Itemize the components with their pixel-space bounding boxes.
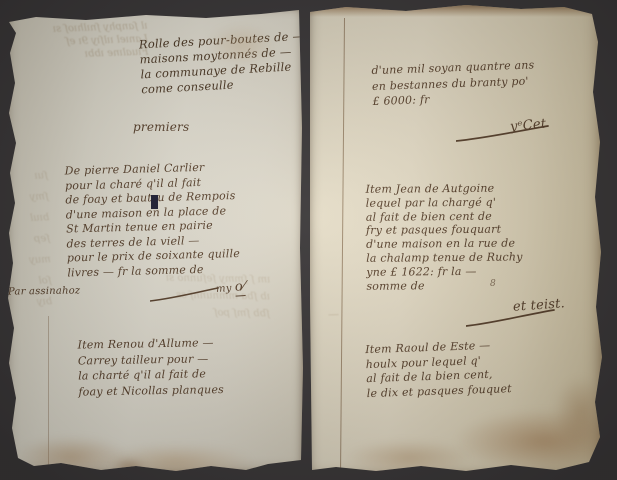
- entry-block-2: Item Renou d'Allume — Carrey tailleur po…: [77, 334, 253, 399]
- stain: [112, 458, 146, 476]
- showthrough-line: muy: [6, 249, 51, 272]
- entry-block-top: d'une mil soyan quantre ans en bestannes…: [371, 57, 548, 110]
- showthrough-line: ſbb ſmſ poſ: [100, 303, 270, 323]
- manuscript-line: foay et Nicollas planques: [78, 381, 253, 400]
- showthrough-line: ſuı: [3, 165, 48, 188]
- margin-amount-value: o⁄: [234, 279, 246, 297]
- margin-rule: [340, 18, 345, 470]
- entry-block-1: De pierre Daniel Carlier pour la charé q…: [65, 160, 258, 281]
- entry-block-bottom: Item Raoul de Este — houlx pour lequel q…: [365, 337, 547, 401]
- stain: [554, 377, 609, 447]
- showthrough-line: bıul: [5, 207, 50, 230]
- manuscript-photo: ıl ſanphy ſnılhıoſ sı Lanıel ıılſıy 9ı e…: [0, 0, 617, 480]
- manuscript-line: somme de: [366, 278, 551, 293]
- margin-amount-prefix: my: [216, 283, 232, 295]
- margin-amount: my o⁄: [216, 279, 246, 296]
- somme-mark: 8: [490, 279, 496, 289]
- right-page: d'une mil soyan quantre ans en bestannes…: [306, 2, 606, 478]
- section-heading: premiers: [133, 120, 189, 134]
- amount-note-2: et teist.: [513, 296, 566, 315]
- browned-page-edge: [306, 2, 606, 17]
- left-page: ıl ſanphy ſnılhıoſ sı Lanıel ıılſıy 9ı e…: [6, 8, 304, 474]
- showthrough-mark: —: [328, 308, 339, 321]
- showthrough-text-top: ıl ſanphy ſnılhıoſ sı Lanıel ıılſıy 9ı e…: [9, 20, 148, 64]
- showthrough-line: ſmy: [4, 186, 49, 209]
- margin-note: Par assinahoz: [8, 285, 81, 297]
- scan-artifact: [151, 195, 158, 209]
- showthrough-line: ſep: [6, 228, 51, 251]
- amount-note-1: yᵉCet: [509, 116, 546, 134]
- stain: [346, 440, 471, 476]
- flourish-line: [150, 284, 220, 304]
- stain: [206, 24, 276, 66]
- entry-block-middle: Item Jean de Autgoine lequel par la char…: [366, 181, 552, 293]
